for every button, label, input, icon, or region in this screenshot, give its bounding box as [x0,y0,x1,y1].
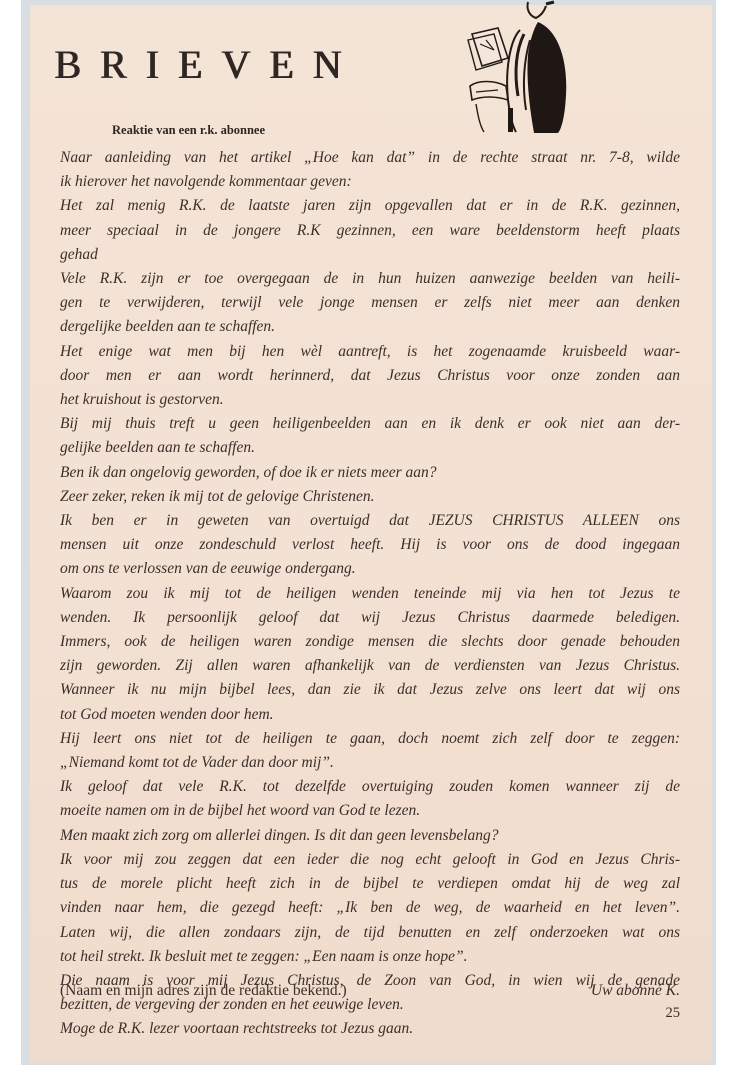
letter-line: moeite namen om in de bijbel het woord v… [60,799,680,823]
letter-line: gen te verwijderen, terwijl vele jonge m… [60,291,680,315]
man-reading-letters-illustration [450,0,580,135]
letter-line: meer speciaal in de jongere R.K gezinnen… [60,219,680,243]
letter-line: gelijke beelden aan te schaffen. [60,436,680,460]
letter-line: Het enige wat men bij hen wèl aantreft, … [60,340,680,364]
letter-line: Laten wij, die allen zondaars zijn, de t… [60,921,680,945]
letter-line: ik hierover het navolgende kommentaar ge… [60,170,680,194]
letter-heading: Reaktie van een r.k. abonnee [112,123,265,138]
letter-line: Hij leert ons niet tot de heiligen te ga… [60,727,680,751]
letter-line: om ons te verlossen van de eeuwige onder… [60,557,680,581]
letter-line: Men maakt zich zorg om allerlei dingen. … [60,824,680,848]
letter-line: Vele R.K. zijn er toe overgegaan de in h… [60,267,680,291]
letter-line: Immers, ook de heiligen waren zondige me… [60,630,680,654]
letter-line: Wanneer ik nu mijn bijbel lees, dan zie … [60,678,680,702]
letter-line: Bij mij thuis treft u geen heiligenbeeld… [60,412,680,436]
letter-line: wenden. Ik persoonlijk geloof dat wij Je… [60,606,680,630]
page-number: 25 [666,1005,681,1022]
editorial-note: (Naam en mijn adres zijn de redaktie bek… [60,982,347,999]
letter-line: door men er aan wordt herinnerd, dat Jez… [60,364,680,388]
letter-line: tot heil strekt. Ik besluit met te zegge… [60,945,680,969]
letter-line: vinden naar hem, die gezegd heeft: „Ik b… [60,896,680,920]
letter-footer: (Naam en mijn adres zijn de redaktie bek… [60,982,680,1000]
letter-body: Naar aanleiding van het artikel „Hoe kan… [60,146,680,1042]
letter-line: Ik geloof dat vele R.K. tot dezelfde ove… [60,775,680,799]
letter-line: Zeer zeker, reken ik mij tot de gelovige… [60,485,680,509]
letter-line: Naar aanleiding van het artikel „Hoe kan… [60,146,680,170]
letter-line: Moge de R.K. lezer voortaan rechtstreeks… [60,1017,680,1041]
letter-line: tus de morele plicht heeft zich in de bi… [60,872,680,896]
letter-line: het kruishout is gestorven. [60,388,680,412]
letter-line: Het zal menig R.K. de laatste jaren zijn… [60,194,680,218]
letter-line: Waarom zou ik mij tot de heiligen wenden… [60,582,680,606]
magazine-page: BRIEVEN Reaktie van een r.k. abonnee Naa… [30,5,712,1063]
letter-line: „Niemand komt tot de Vader dan door mij”… [60,751,680,775]
letter-line: gehad [60,243,680,267]
letter-line: Ben ik dan ongelovig geworden, of doe ik… [60,461,680,485]
letter-line: tot God moeten wenden door hem. [60,703,680,727]
letter-line: dergelijke beelden aan te schaffen. [60,315,680,339]
page-title: BRIEVEN [54,41,360,88]
letter-line: mensen uit onze zondeschuld verlost heef… [60,533,680,557]
letter-line: zijn geworden. Zij allen waren afhankeli… [60,654,680,678]
letter-line: Ik voor mij zou zeggen dat een ieder die… [60,848,680,872]
letter-line: Ik ben er in geweten van overtuigd dat J… [60,509,680,533]
letter-signature: Uw abonné K. [591,982,680,1000]
